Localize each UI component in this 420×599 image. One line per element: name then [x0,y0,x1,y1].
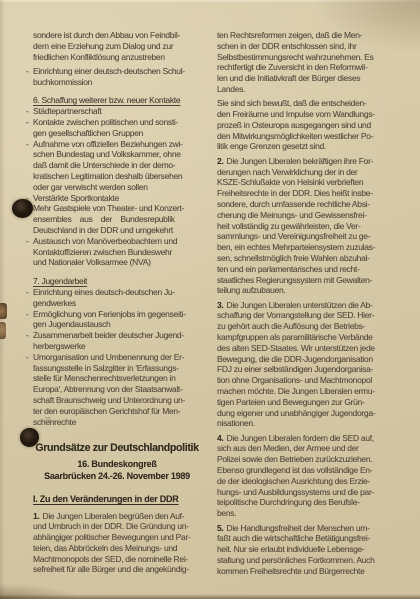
dash-marker: - [26,117,29,128]
paragraph-number: 5. [217,523,224,533]
numbered-paragraph: 2.Die Jungen Liberalen bekräftigen ihre … [217,156,415,296]
section-6-heading: 6. Schaffung weiterer bzw. neuer Kontakt… [33,95,211,106]
numbered-paragraph: 1.Die Jungen Liberalen begrüßen den Auf-… [33,511,221,576]
dash-marker: - [26,309,29,320]
bullet-item: -Ermöglichung von Ferienjobs im gegensei… [33,309,211,331]
scan-shadow-bottom [0,594,420,599]
bullet-item: -Zusammenarbeit beider deutscher Jugend-… [33,330,211,352]
bullet-text: Ermöglichung von Ferienjobs im gegenseit… [33,309,186,330]
punch-hole-bottom [20,428,39,447]
numbered-paragraph: 3.Die Jungen Liberalen unterstützen die … [217,300,415,430]
bullet-text: Umorganisation und Umbenennung der Er- f… [33,352,185,427]
scan-shadow-top-right [310,0,420,55]
dash-marker: - [26,330,29,341]
bullet-text: Kontakte zwischen politischen und sonsti… [33,117,178,138]
paragraph-number: 3. [217,300,224,310]
punch-hole-top [12,199,33,218]
bullet-item: -Umorganisation und Umbenennung der Er- … [33,352,211,428]
document-page: sondere ist durch den Abbau von Feindbil… [0,0,420,599]
numbered-paragraph: 5.Die Handlungsfreiheit der Menschen um-… [217,523,415,577]
bullet-text: Aufnahme von offiziellen Beziehungen zwi… [33,139,183,192]
bullet-item: -Einrichtung einer deutsch-deutschen Sch… [33,66,211,88]
dash-marker: - [26,139,29,150]
bullet-item: -Mehr Gastspiele von Theater- und Konzer… [33,203,211,235]
section-1-block: I. Zu den Veränderungen in der DDR 1.Die… [33,494,221,579]
paragraph-text: sondere ist durch den Abbau von Feindbil… [33,30,180,62]
paragraph: Sie sind sich bewußt, daß die entscheide… [217,98,415,152]
paragraph-text: Die Jungen Liberalen bekräftigen ihre Fo… [217,156,375,296]
section-1-heading: I. Zu den Veränderungen in der DDR [33,494,221,504]
bullet-item: -Aufnahme von offiziellen Beziehungen zw… [33,139,211,193]
dash-marker: - [26,236,29,247]
numbered-paragraph: 4.Die Jungen Liberalen fordern die SED a… [217,433,415,519]
paragraph-number: 2. [217,156,224,166]
bullet-item: -Einrichtung eines deutsch-deutschen Ju-… [33,287,211,309]
scan-edge-left [0,0,5,599]
paragraph-text: Sie sind sich bewußt, daß die entscheide… [217,98,375,151]
bullet-text: Austausch von Manöverbeobachtern und Kon… [33,236,177,268]
paragraph-continuation: sondere ist durch den Abbau von Feindbil… [33,30,211,62]
bullet-item: -Austausch von Manöverbeobachtern und Ko… [33,236,211,268]
page-number-mark: 23 [45,417,51,423]
bullet-item: -Kontakte zwischen politischen und sonst… [33,117,211,139]
left-column: sondere ist durch den Abbau von Feindbil… [33,30,211,427]
paragraph-text: Die Jungen Liberalen unterstützen die Ab… [217,300,375,429]
dash-marker: - [26,106,29,117]
bullet-item: -Städtepartnerschaft [33,106,211,117]
bullet-text: Mehr Gastspiele von Theater- und Konzert… [33,203,184,235]
paragraph-text: Die Jungen Liberalen begrüßen den Auf- u… [33,511,191,575]
bullet-text: Einrichtung einer deutsch-deutschen Schu… [33,66,185,87]
section-7-heading: 7. Jugendarbeit [33,276,211,287]
document-title: Grundsätze zur Deutschlandpolitik [24,442,210,454]
paragraph-number: 1. [33,511,40,521]
title-block: Grundsätze zur Deutschlandpolitik 16. Bu… [24,442,210,482]
paragraph-text: Die Handlungsfreiheit der Menschen um- f… [217,523,375,576]
dash-marker: - [26,352,29,363]
paragraph-number: 4. [217,433,224,443]
bullet-text: Einrichtung eines deutsch-deutschen Ju- … [33,287,175,308]
dash-marker: - [26,66,29,77]
bullet-item: -Verstärkte Sportkontakte [33,193,211,204]
congress-subtitle: 16. Bundeskongreß [24,459,210,471]
paragraph-text: Die Jungen Liberalen fordern die SED auf… [217,433,374,519]
right-column: ten Rechtsreformen zeigen, daß die Men- … [217,30,415,580]
bullet-text: Städtepartnerschaft [33,106,101,116]
bullet-text: Verstärkte Sportkontakte [33,193,119,203]
dash-marker: - [26,287,29,298]
bullet-text: Zusammenarbeit beider deutscher Jugend- … [33,330,184,351]
location-date-subtitle: Saarbrücken 24.-26. November 1989 [24,471,210,483]
